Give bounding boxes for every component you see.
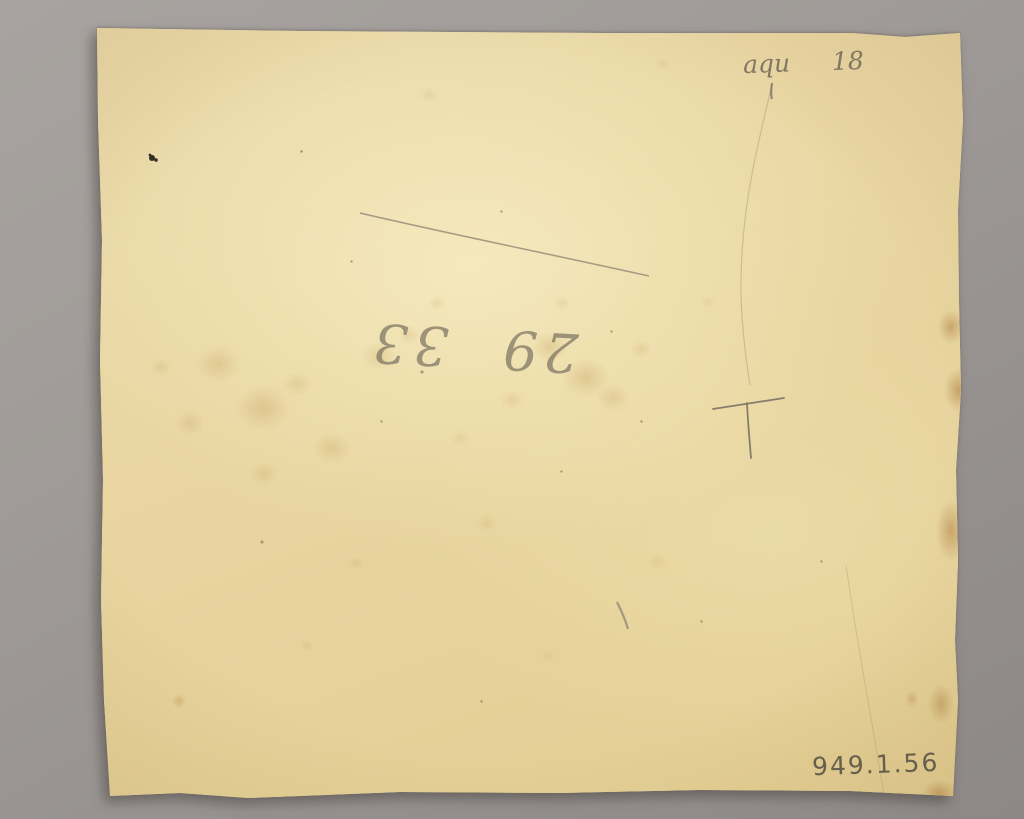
inscription-upside-down-numbers: 29 33 [365, 291, 580, 406]
inscription-t-mark-label: T [0, 0, 1, 1]
paper-shadow-wrapper: aqu 18 29 33 949.1.56 [0, 0, 1024, 819]
artwork-verso-paper: aqu 18 29 33 949.1.56 [0, 0, 1024, 819]
inscription-aqu-number: aqu 18 [743, 46, 865, 79]
inscription-accession-number: 949.1.56 [812, 748, 940, 781]
photograph-background: aqu 18 29 33 949.1.56 [0, 0, 1024, 819]
paper-specks [0, 0, 1024, 819]
